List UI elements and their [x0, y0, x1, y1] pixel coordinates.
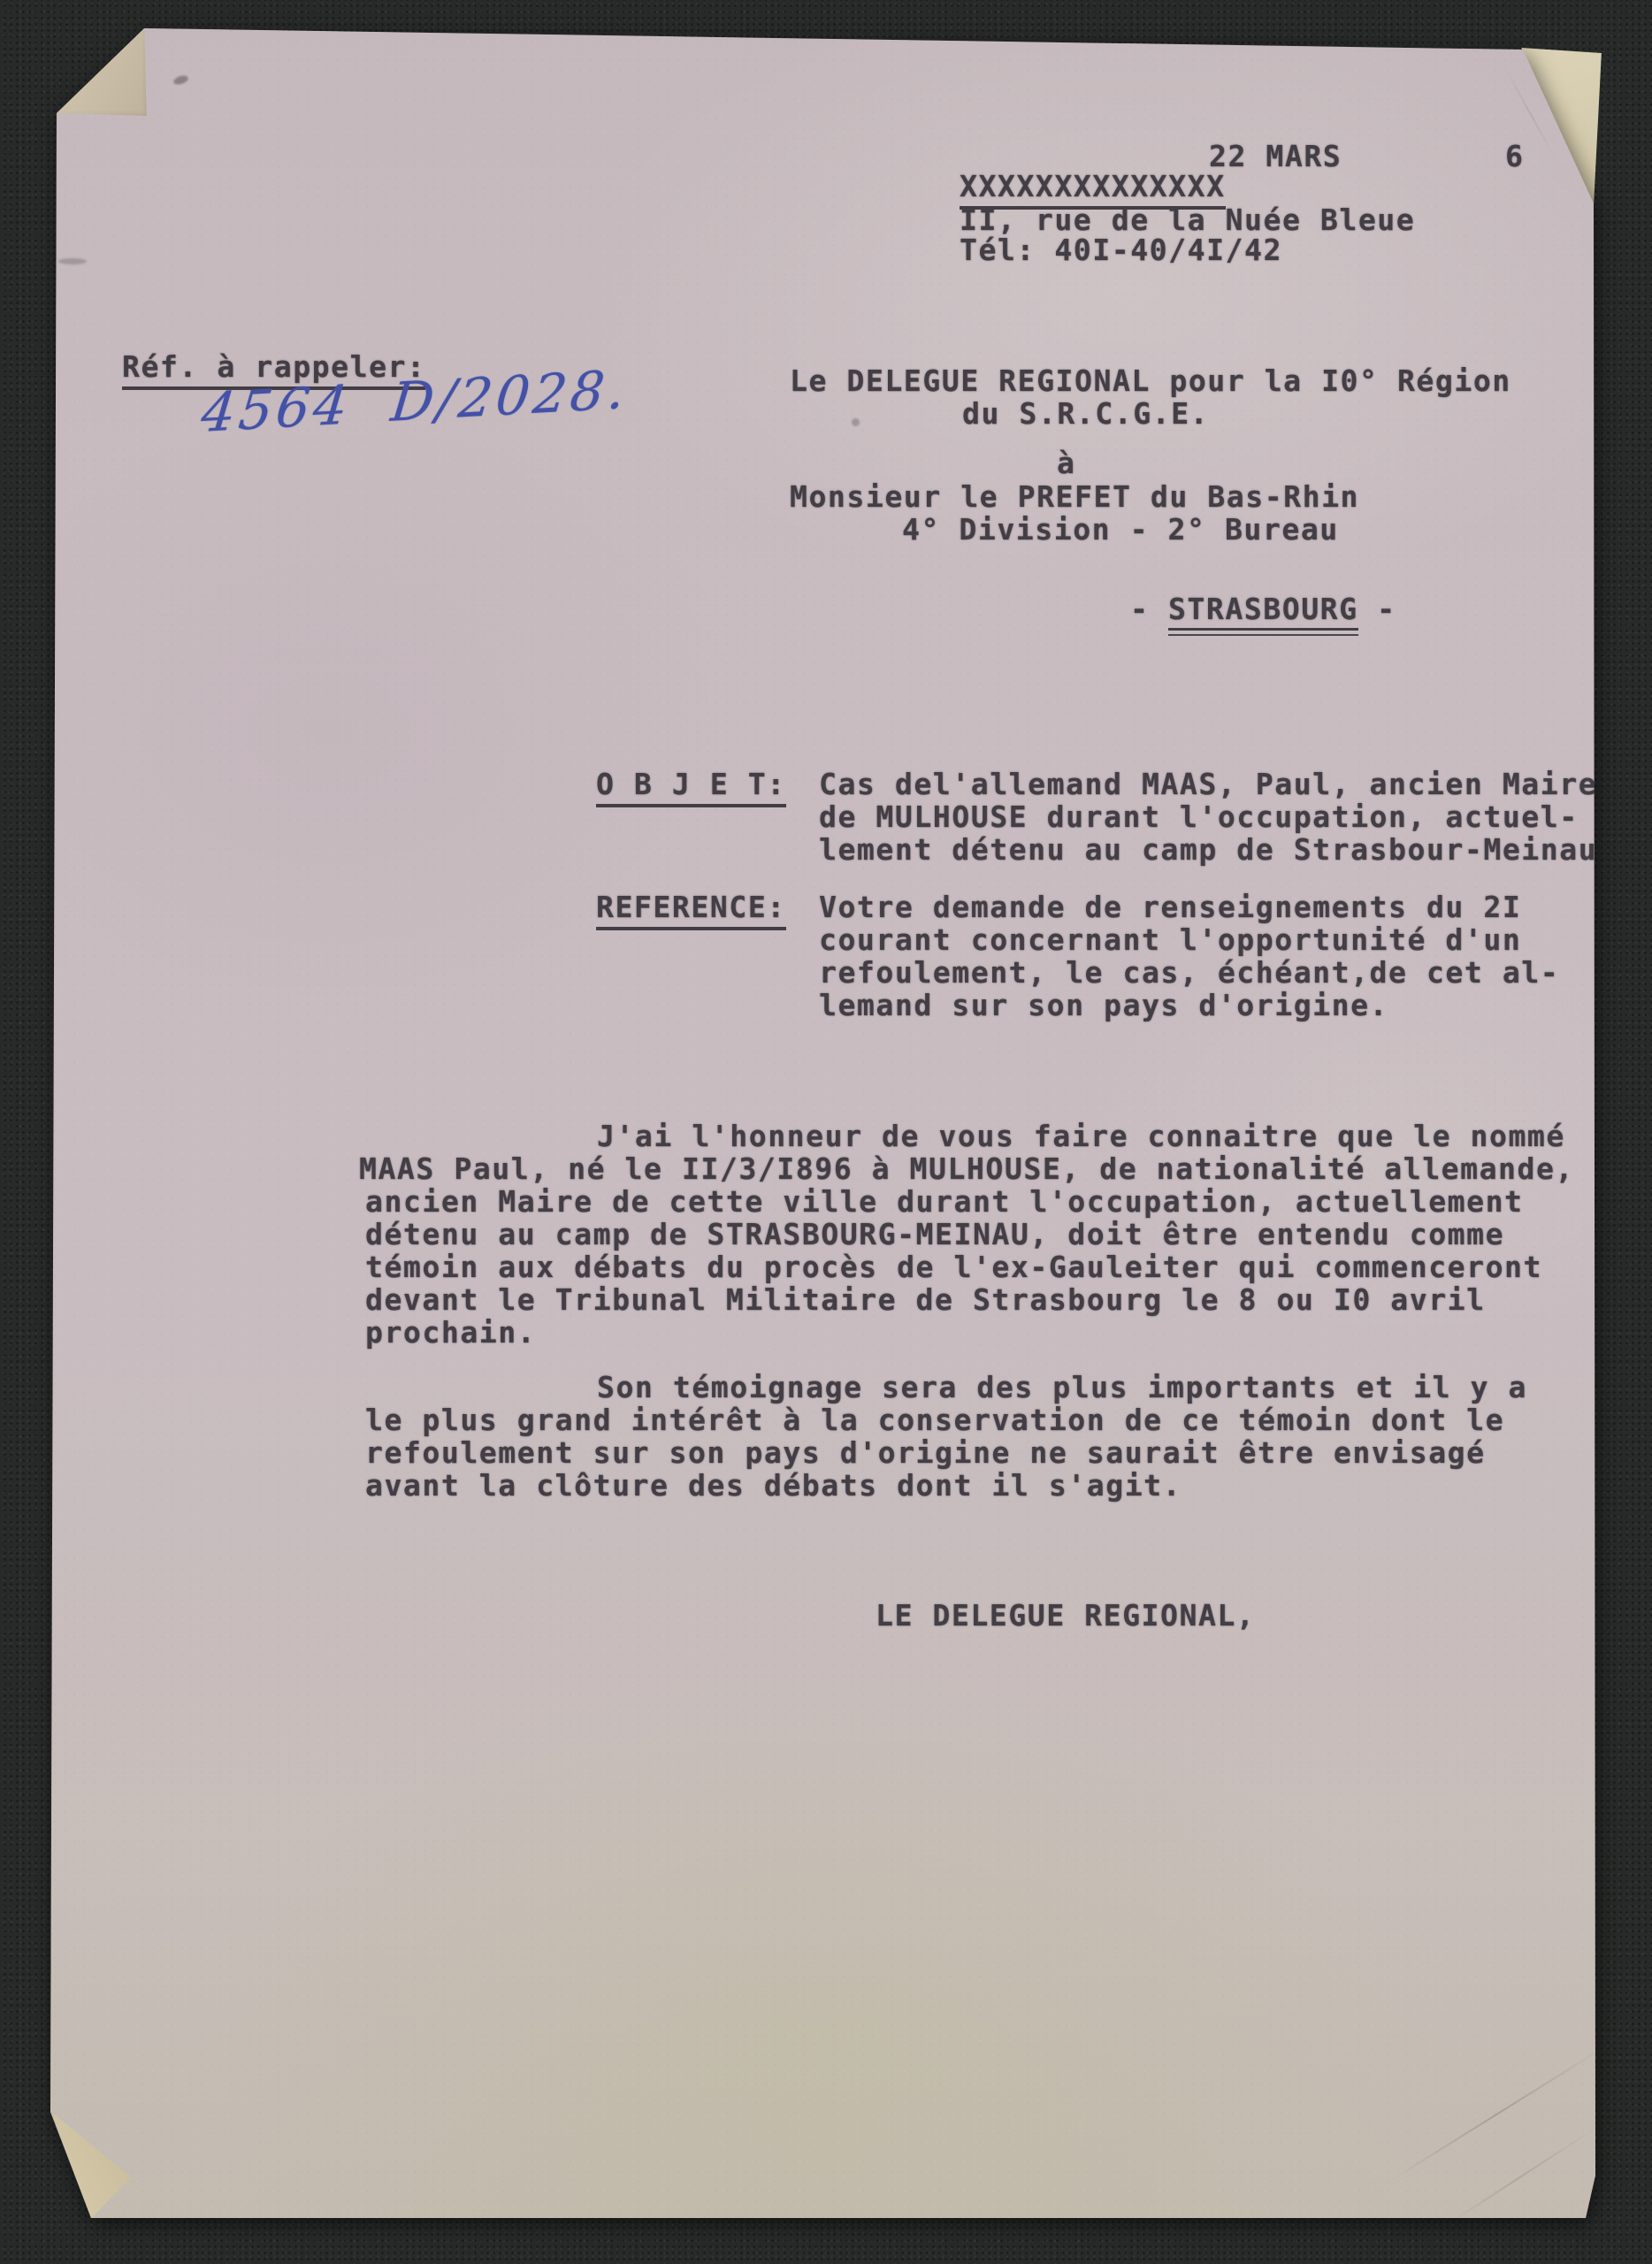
sender-line-1: Le DELEGUE REGIONAL pour la I0° Région: [790, 364, 1511, 397]
strikeout-line: XXXXXXXXXXXXXX: [960, 170, 1226, 203]
paper-crease: [1440, 2127, 1596, 2230]
recipient-city-line: - STRASBOURG -: [1130, 593, 1396, 625]
ink-smudge: [852, 418, 860, 426]
sender-line-2: du S.R.C.G.E.: [962, 397, 1209, 430]
folded-corner-bottom-left: [50, 2107, 139, 2227]
objet-line: lement détenu au camp de Strasbour-Meina…: [819, 833, 1617, 866]
scan-background: 22 MARS 6 XXXXXXXXXXXXXX II, rue de la N…: [0, 0, 1652, 2264]
ink-smudge: [172, 74, 189, 87]
reference-label: REFERENCE:: [596, 891, 786, 923]
reference-line: refoulement, le cas, échéant,de cet al-: [819, 956, 1559, 989]
body-line: devant le Tribunal Militaire de Strasbou…: [365, 1283, 1486, 1316]
letter-page: 22 MARS 6 XXXXXXXXXXXXXX II, rue de la N…: [50, 27, 1595, 2229]
reference-line: courant concernant l'opportunité d'un: [819, 923, 1521, 956]
reference-line: lemand sur son pays d'origine.: [819, 989, 1388, 1021]
body-line: refoulement sur son pays d'origine ne sa…: [365, 1436, 1486, 1469]
body-line: témoin aux débats du procès de l'ex-Gaul…: [365, 1251, 1542, 1283]
body-line: le plus grand intérêt à la conservation …: [365, 1404, 1504, 1436]
folded-corner-top-left: [50, 27, 149, 119]
ink-smudge: [58, 258, 87, 264]
letter-page-wrap: 22 MARS 6 XXXXXXXXXXXXXX II, rue de la N…: [50, 27, 1595, 2229]
paper-crease: [1388, 2046, 1606, 2183]
recipient-line-2: 4° Division - 2° Bureau: [902, 513, 1339, 546]
body-line: ancien Maire de cette ville durant l'occ…: [365, 1185, 1524, 1218]
body-line: prochain.: [365, 1316, 536, 1349]
phone-line: Tél: 40I-40/4I/42: [960, 233, 1282, 266]
body-line: J'ai l'honneur de vous faire connaitre q…: [597, 1120, 1565, 1152]
objet-line: Cas del'allemand MAAS, Paul, ancien Mair…: [819, 768, 1597, 800]
body-line: Son témoignage sera des plus importants …: [597, 1371, 1527, 1404]
objet-line: de MULHOUSE durant l'occupation, actuel-: [819, 800, 1579, 833]
address-line: II, rue de la Nuée Bleue: [960, 203, 1415, 236]
recipient-preposition: à: [1057, 447, 1075, 479]
body-line: détenu au camp de STRASBOURG-MEINAU, doi…: [365, 1218, 1504, 1251]
body-line: avant la clôture des débats dont il s'ag…: [365, 1469, 1182, 1502]
recipient-line-1: Monsieur le PREFET du Bas-Rhin: [790, 480, 1359, 513]
signature-line: LE DELEGUE REGIONAL,: [876, 1599, 1255, 1632]
page-number: 6: [1505, 140, 1524, 172]
objet-label: O B J E T:: [596, 768, 786, 800]
body-line: MAAS Paul, né le II/3/I896 à MULHOUSE, d…: [359, 1152, 1574, 1185]
recipient-city: STRASBOURG: [1168, 592, 1358, 636]
date-stamp: 22 MARS: [1209, 140, 1342, 172]
reference-line: Votre demande de renseignements du 2I: [819, 891, 1521, 923]
